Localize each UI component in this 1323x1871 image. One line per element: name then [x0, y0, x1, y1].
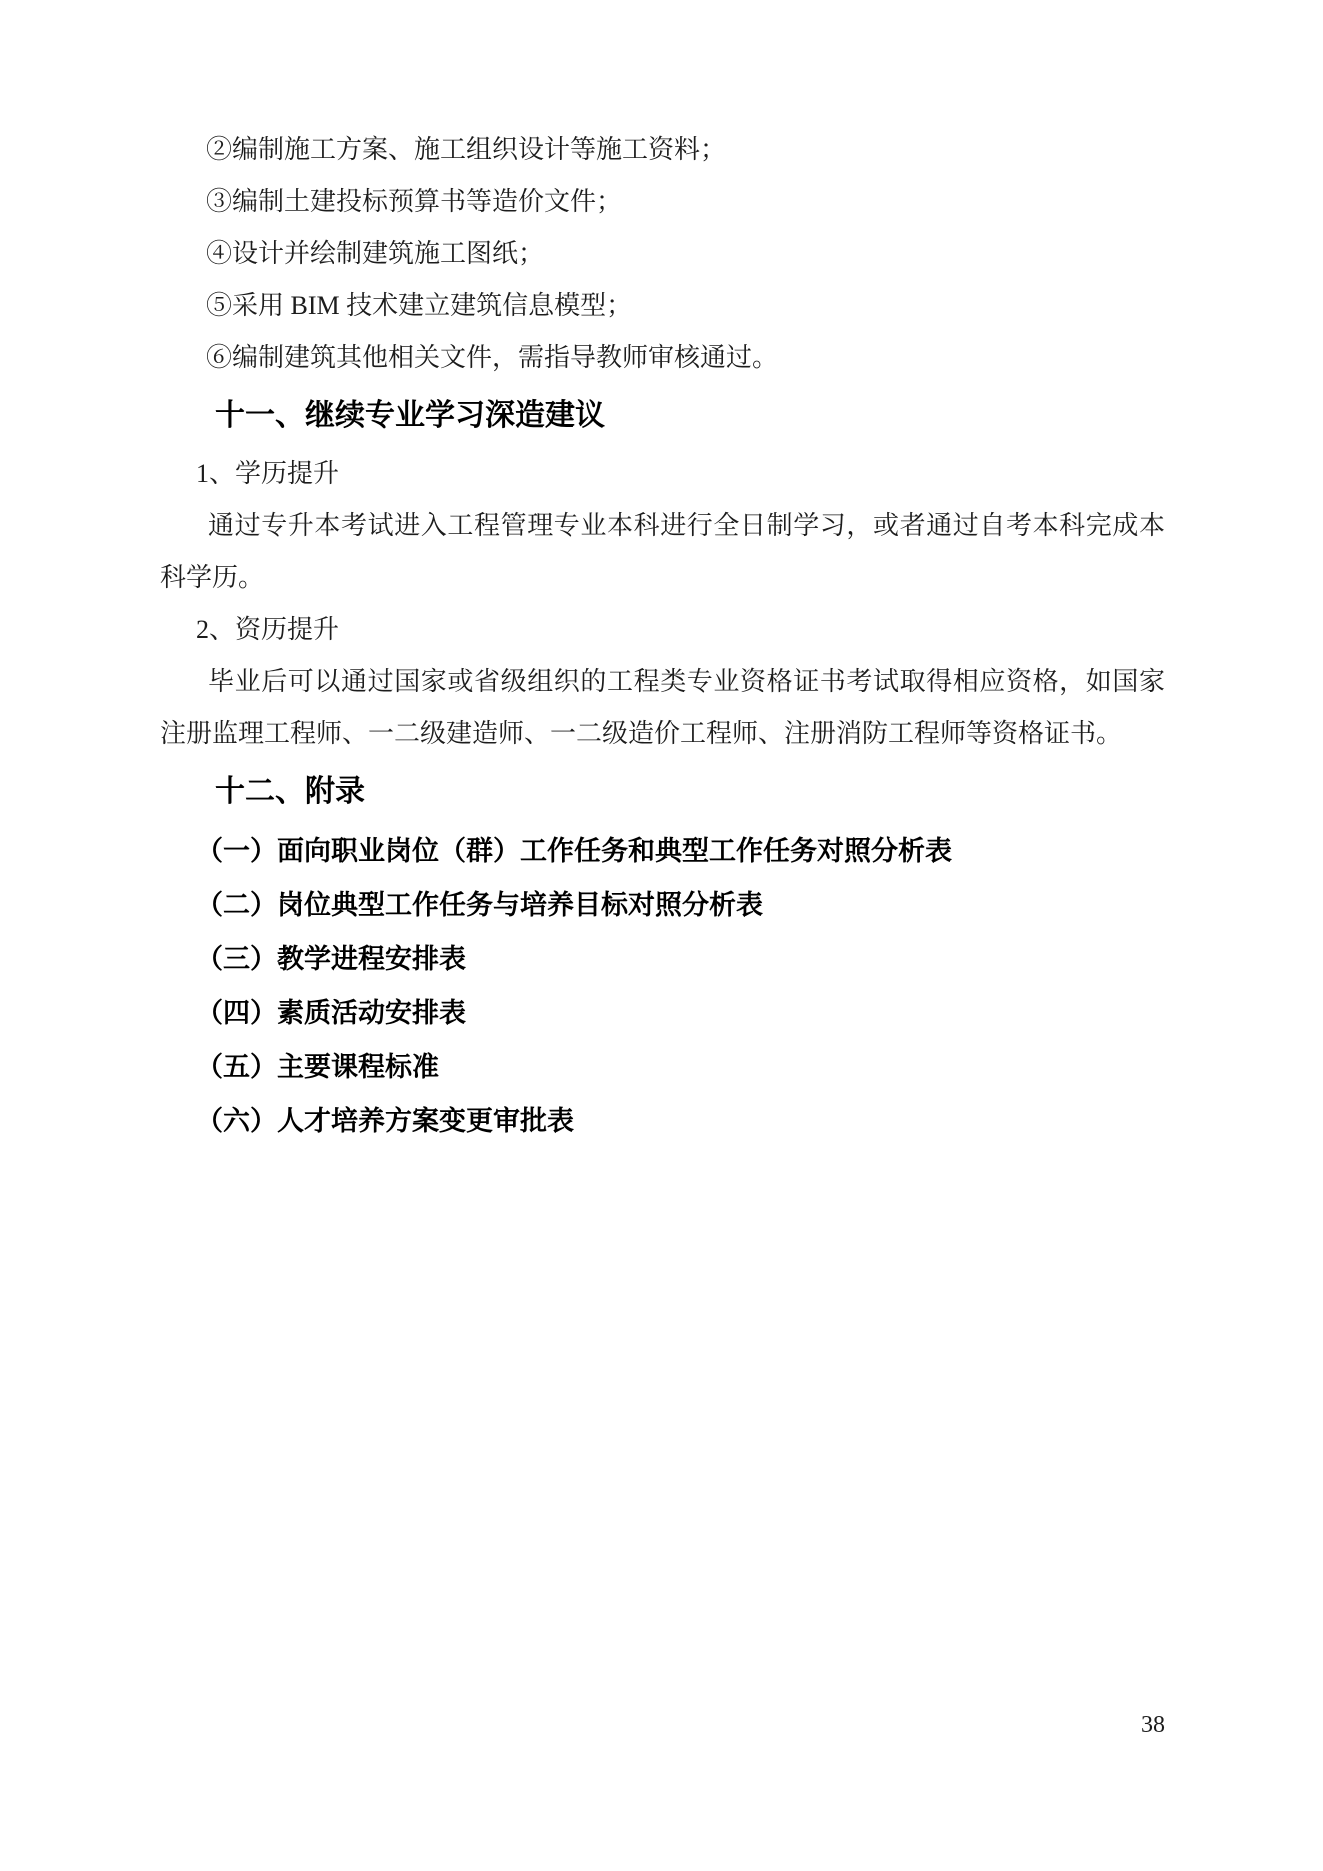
- document-page: ②编制施工方案、施工组织设计等施工资料； ③编制土建投标预算书等造价文件； ④设…: [0, 0, 1323, 1871]
- subsection-2-title: 2、资历提升: [160, 604, 1165, 656]
- appendix-item-5: （五）主要课程标准: [160, 1040, 1165, 1094]
- paragraph-1-line-1: 通过专升本考试进入工程管理专业本科进行全日制学习，或者通过自考本科完成本: [160, 500, 1165, 552]
- paragraph-1-line-2: 科学历。: [160, 552, 1165, 604]
- appendix-item-3: （三）教学进程安排表: [160, 932, 1165, 986]
- numbered-item-5: ⑤采用 BIM 技术建立建筑信息模型；: [160, 280, 1165, 332]
- section-12-heading: 十二、附录: [160, 766, 1165, 818]
- numbered-item-3: ③编制土建投标预算书等造价文件；: [160, 176, 1165, 228]
- appendix-list: （一）面向职业岗位（群）工作任务和典型工作任务对照分析表 （二）岗位典型工作任务…: [160, 824, 1165, 1148]
- page-number: 38: [1141, 1712, 1165, 1738]
- appendix-item-4: （四）素质活动安排表: [160, 986, 1165, 1040]
- appendix-item-6: （六）人才培养方案变更审批表: [160, 1094, 1165, 1148]
- page-content: ②编制施工方案、施工组织设计等施工资料； ③编制土建投标预算书等造价文件； ④设…: [160, 124, 1165, 1148]
- paragraph-2-line-1: 毕业后可以通过国家或省级组织的工程类专业资格证书考试取得相应资格，如国家: [160, 656, 1165, 708]
- subsection-1-title: 1、学历提升: [160, 448, 1165, 500]
- appendix-item-2: （二）岗位典型工作任务与培养目标对照分析表: [160, 878, 1165, 932]
- paragraph-2-line-2: 注册监理工程师、一二级建造师、一二级造价工程师、注册消防工程师等资格证书。: [160, 708, 1165, 760]
- section-11-heading: 十一、继续专业学习深造建议: [160, 390, 1165, 442]
- numbered-item-6: ⑥编制建筑其他相关文件，需指导教师审核通过。: [160, 332, 1165, 384]
- numbered-item-4: ④设计并绘制建筑施工图纸；: [160, 228, 1165, 280]
- numbered-item-2: ②编制施工方案、施工组织设计等施工资料；: [160, 124, 1165, 176]
- appendix-item-1: （一）面向职业岗位（群）工作任务和典型工作任务对照分析表: [160, 824, 1165, 878]
